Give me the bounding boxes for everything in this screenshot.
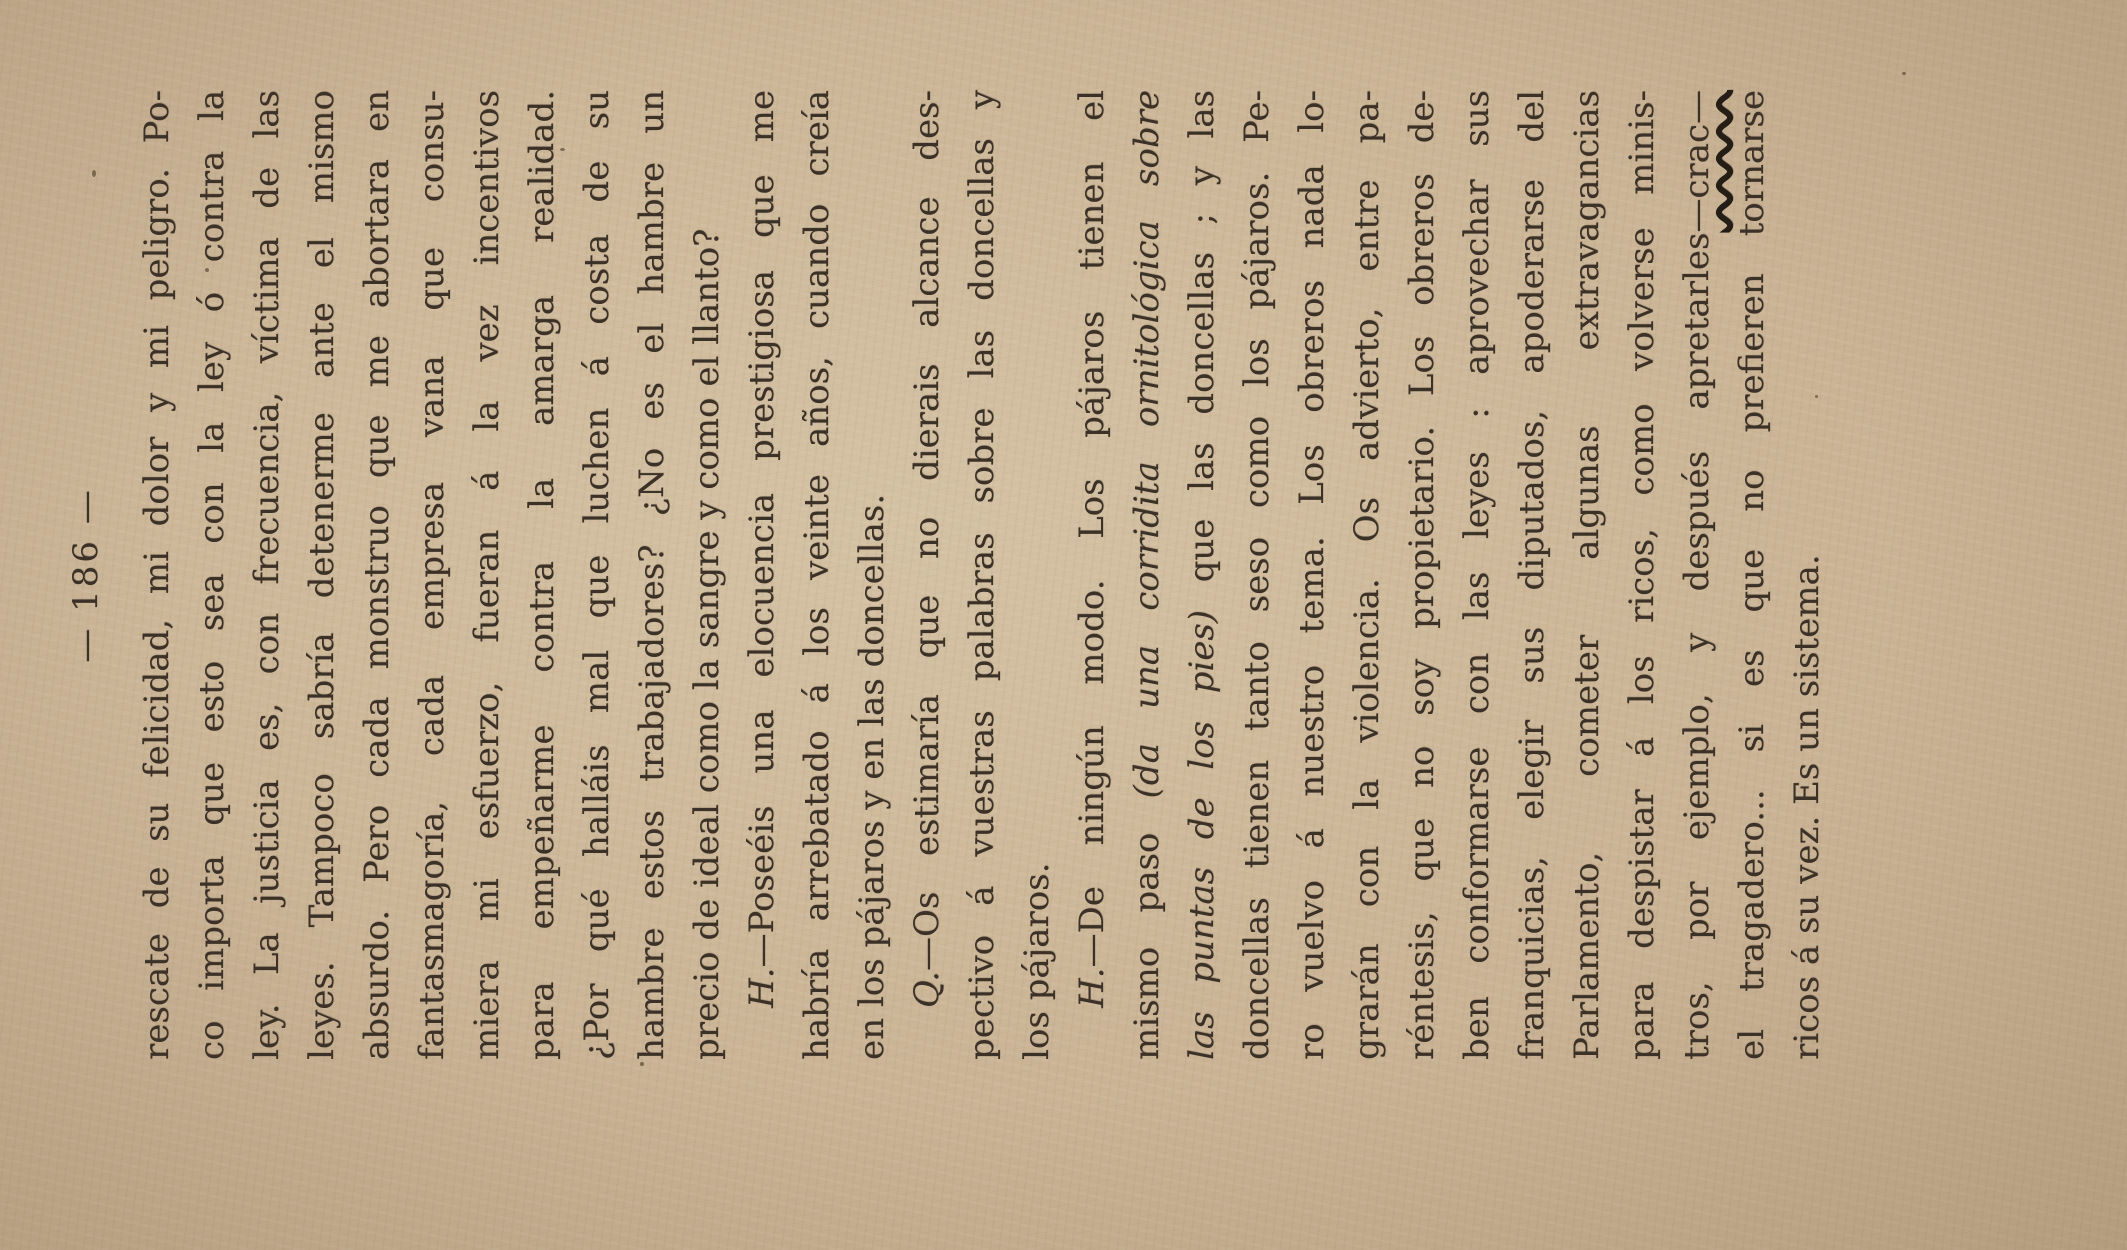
text-line: precio de ideal como la sangre y como el… xyxy=(680,90,735,1060)
text-line: Q.—Os estimaría que no dierais alcance d… xyxy=(900,90,955,1060)
text-line: pectivo á vuestras palabras sobre las do… xyxy=(955,90,1010,1060)
text-line: co importa que esto sea con la ley ó con… xyxy=(185,90,240,1060)
text-line: miera mi esfuerzo, fueran á la vez incen… xyxy=(460,90,515,1060)
text-line: réntesis, que no soy propietario. Los ob… xyxy=(1395,90,1450,1060)
text-line: fantasmagoría, cada empresa vana que con… xyxy=(405,90,460,1060)
text-line: los pájaros. xyxy=(1010,90,1065,1060)
text-line: H.—De ningún modo. Los pájaros tienen el xyxy=(1065,90,1120,1060)
text-line: Parlamento, cometer algunas extravaganci… xyxy=(1560,90,1615,1060)
text-line: tros, por ejemplo, y después apretarles—… xyxy=(1670,90,1725,1060)
text-line: ben conformarse con las leyes : aprovech… xyxy=(1450,90,1505,1060)
text-line: mismo paso (da una corridita ornitológic… xyxy=(1120,90,1175,1060)
text-line: ¿Por qué halláis mal que luchen á costa … xyxy=(570,90,625,1060)
text-block: rescate de su felicidad, mi dolor y mi p… xyxy=(130,90,1835,1060)
page-number: — 186 — xyxy=(66,90,106,1060)
text-line: H.—Poseéis una elocuencia prestigiosa qu… xyxy=(735,90,790,1060)
text-line: doncellas tienen tanto seso como los páj… xyxy=(1230,90,1285,1060)
text-line: rescate de su felicidad, mi dolor y mi p… xyxy=(130,90,185,1060)
page-sheet: — 186 — rescate de su felicidad, mi dolo… xyxy=(0,0,2127,1250)
crac-underline-mark: —crac— xyxy=(1677,90,1717,233)
text-line: leyes. Tampoco sabría detenerme ante el … xyxy=(295,90,350,1060)
text-line: franquicias, elegir sus diputados, apode… xyxy=(1505,90,1560,1060)
text-line: hambre estos trabajadores? ¿No es el ham… xyxy=(625,90,680,1060)
text-line: ricos á su vez. Es un sistema. xyxy=(1780,90,1835,1060)
text-line: las puntas de los pies) que las doncella… xyxy=(1175,90,1230,1060)
text-line: absurdo. Pero cada monstruo que me abort… xyxy=(350,90,405,1060)
text-line: grarán con la violencia. Os advierto, en… xyxy=(1340,90,1395,1060)
text-line: en los pájaros y en las doncellas. xyxy=(845,90,900,1060)
text-line: ro vuelvo á nuestro tema. Los obreros na… xyxy=(1285,90,1340,1060)
text-line: para despistar á los ricos, como volvers… xyxy=(1615,90,1670,1060)
text-line: habría arrebatado á los veinte años, cua… xyxy=(790,90,845,1060)
scanned-book-page: — 186 — rescate de su felicidad, mi dolo… xyxy=(0,0,2127,1250)
text-line: para empeñarme contra la amarga realidad… xyxy=(515,90,570,1060)
text-line: el tragadero... si es que no prefieren t… xyxy=(1725,90,1780,1060)
text-line: ley. La justicia es, con frecuencia, víc… xyxy=(240,90,295,1060)
